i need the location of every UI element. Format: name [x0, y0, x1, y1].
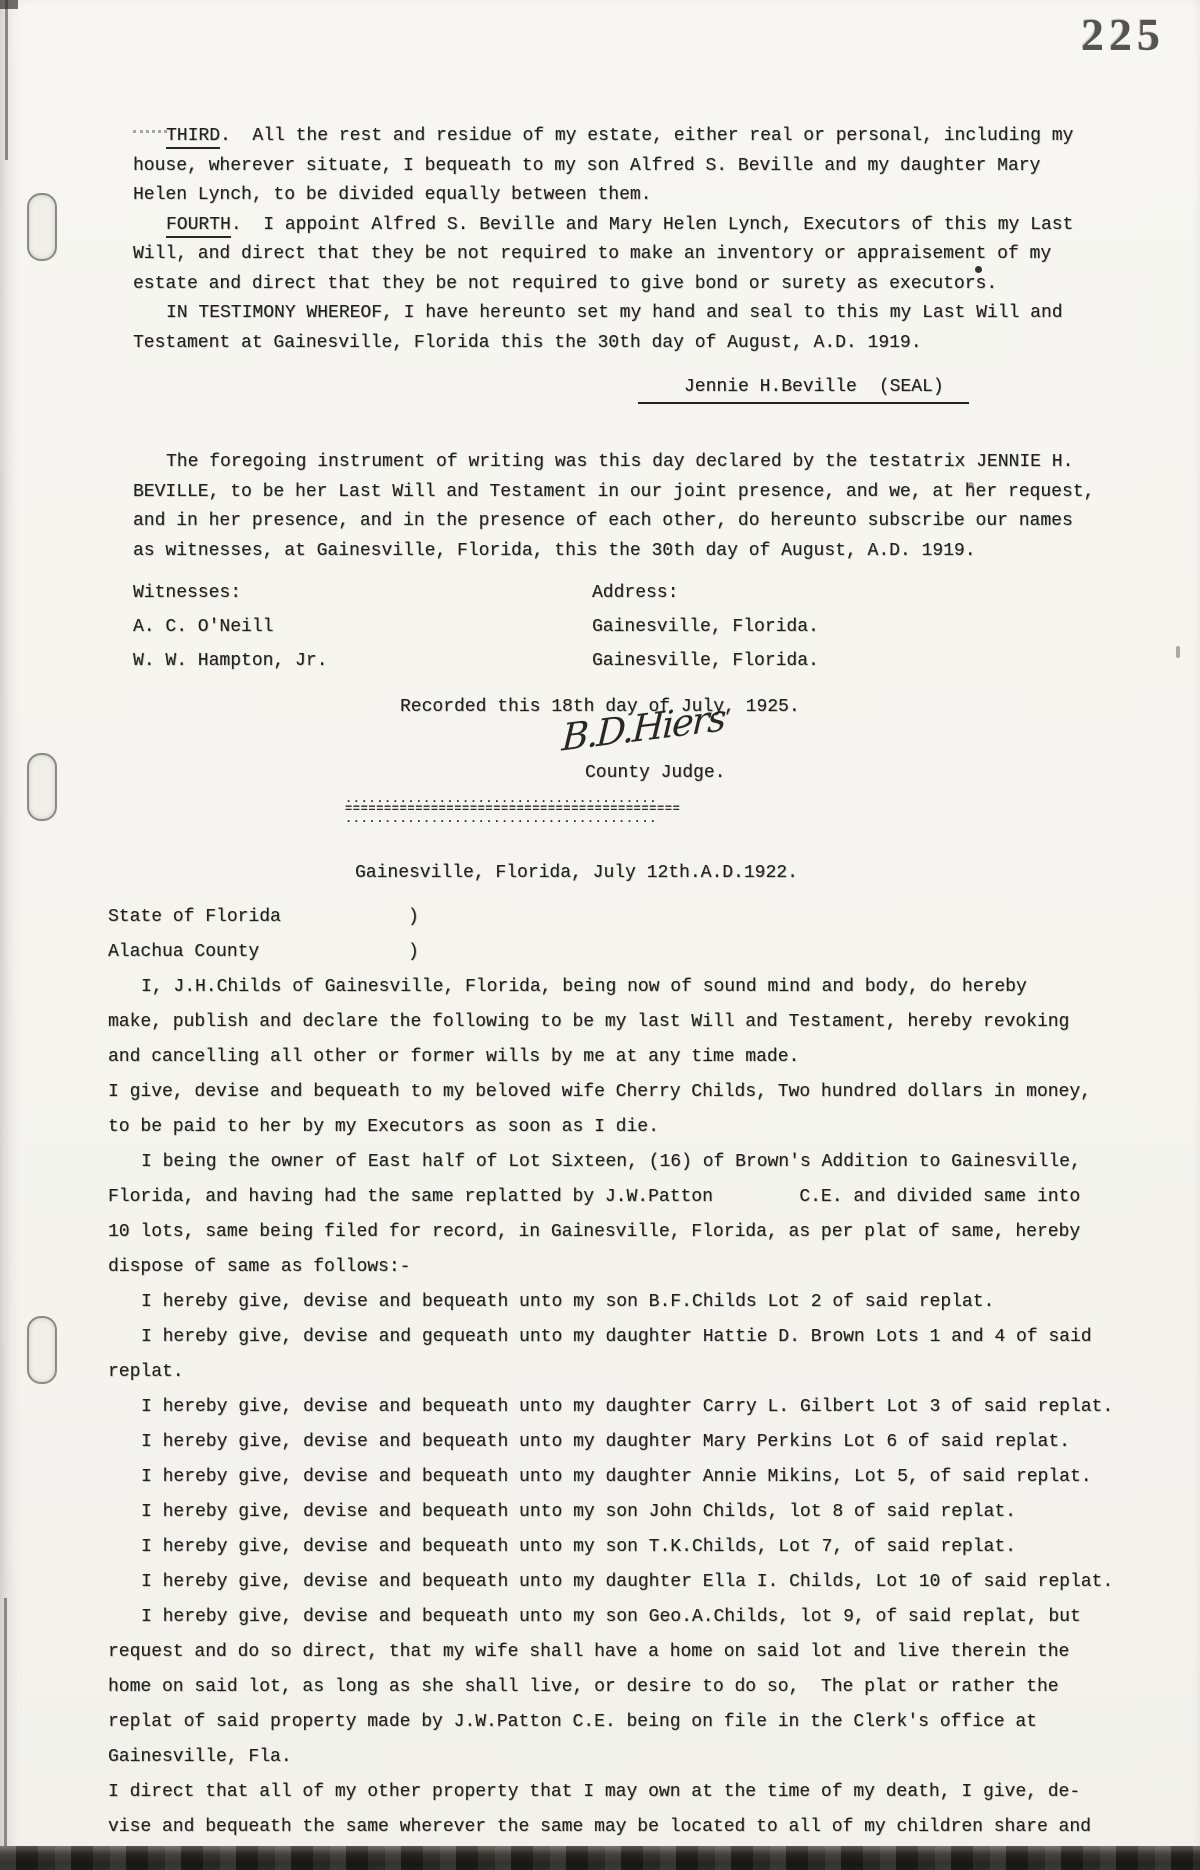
hole-punch-top — [27, 193, 57, 261]
separator-dots: ........................................ — [345, 814, 1178, 824]
hole-punch-bottom — [27, 1316, 57, 1384]
bequest-line: I hereby give, devise and bequeath unto … — [108, 1495, 1178, 1530]
jurisdiction-paren: ) — [408, 907, 419, 927]
attestation-paragraph: The foregoing instrument of writing was … — [133, 448, 1178, 566]
paragraph-line: I give, devise and bequeath to my belove… — [108, 1075, 1178, 1110]
jurisdiction-state-row: State of Florida) — [108, 900, 1178, 935]
clause-third-line: THIRD. All the rest and residue of my es… — [133, 122, 1178, 152]
jurisdiction-block: State of Florida) Alachua County) — [108, 900, 1178, 970]
witness-address: Gainesville, Florida. — [592, 651, 819, 671]
testatrix-signature-name: Jennie H.Beville — [684, 377, 857, 397]
clause-fourth-line: Will, and direct that they be not requir… — [133, 240, 1178, 270]
attestation-line: as witnesses, at Gainesville, Florida, t… — [133, 537, 1178, 567]
address-heading: Address: — [592, 583, 678, 603]
clause-fourth-line: FOURTH. I appoint Alfred S. Beville and … — [133, 211, 1178, 241]
bequest-line: I hereby give, devise and bequeath unto … — [108, 1530, 1178, 1565]
clause-third-line: house, wherever situate, I bequeath to m… — [133, 152, 1178, 182]
childs-will-section: Gainesville, Florida, July 12th.A.D.1922… — [108, 860, 1178, 1845]
attestation-line: BEVILLE, to be her Last Will and Testame… — [133, 478, 1178, 508]
bequest-line: I hereby give, devise and bequeath unto … — [108, 1425, 1178, 1460]
paragraph-line: Florida, and having had the same replatt… — [108, 1180, 1178, 1215]
jurisdiction-paren: ) — [408, 942, 419, 962]
paragraph-line: make, publish and declare the following … — [108, 1005, 1178, 1040]
bequest-line: Gainesville, Fla. — [108, 1740, 1178, 1775]
paragraph-line: 10 lots, same being filed for record, in… — [108, 1215, 1178, 1250]
bequest-line: replat. — [108, 1355, 1178, 1390]
scan-edge-line-top — [5, 0, 8, 160]
bequest-line: I hereby give, devise and bequeath unto … — [108, 1565, 1178, 1600]
document-content: THIRD. All the rest and residue of my es… — [133, 122, 1178, 1845]
clause-third-line: Helen Lynch, to be divided equally betwe… — [133, 181, 1178, 211]
paragraph-line: I being the owner of East half of Lot Si… — [108, 1145, 1178, 1180]
scan-corner-mark — [0, 0, 18, 9]
witness-address: Gainesville, Florida. — [592, 617, 819, 637]
paragraph-line: I, J.H.Childs of Gainesville, Florida, b… — [108, 970, 1178, 1005]
jurisdiction-county-row: Alachua County) — [108, 935, 1178, 970]
clause-third-label: THIRD — [166, 126, 220, 149]
witness-name: A. C. O'Neill — [133, 610, 592, 644]
jurisdiction-county: Alachua County — [108, 935, 408, 970]
scan-edge-line-bottom — [4, 1598, 7, 1848]
paragraph-line: to be paid to her by my Executors as soo… — [108, 1110, 1178, 1145]
witness-row: A. C. O'NeillGainesville, Florida. — [133, 610, 1178, 644]
beville-will-clauses: THIRD. All the rest and residue of my es… — [133, 122, 1178, 358]
seal-label: (SEAL) — [879, 377, 944, 397]
attestation-line: The foregoing instrument of writing was … — [133, 448, 1178, 478]
bequest-line: I hereby give, devise and bequeath unto … — [108, 1285, 1178, 1320]
bequest-line: I hereby give, devise and bequeath unto … — [108, 1390, 1178, 1425]
testatrix-signature-line: Jennie H.Beville(SEAL) — [638, 372, 969, 404]
clause-text: . I appoint Alfred S. Beville and Mary H… — [231, 215, 1074, 235]
bequest-line: I hereby give, devise and bequeath unto … — [108, 1600, 1178, 1635]
paragraph-line: and cancelling all other or former wills… — [108, 1040, 1178, 1075]
hole-punch-middle — [27, 753, 57, 821]
closing-line: I direct that all of my other property t… — [108, 1775, 1178, 1810]
bequest-line: I hereby give, devise and bequeath unto … — [108, 1460, 1178, 1495]
bequest-line: request and do so direct, that my wife s… — [108, 1635, 1178, 1670]
childs-will-body: I, J.H.Childs of Gainesville, Florida, b… — [108, 970, 1178, 1845]
clause-fourth-label: FOURTH — [166, 215, 231, 238]
witness-name: W. W. Hampton, Jr. — [133, 644, 592, 678]
scanned-will-document-page: 225 THIRD. All the rest and residue of m… — [0, 0, 1200, 1870]
bequest-line: I hereby give, devise and gequeath unto … — [108, 1320, 1178, 1355]
testimony-line: Testament at Gainesville, Florida this t… — [133, 329, 1178, 359]
bequest-line: home on said lot, as long as she shall l… — [108, 1670, 1178, 1705]
scan-bottom-band — [0, 1846, 1200, 1870]
clause-text: . All the rest and residue of my estate,… — [220, 126, 1073, 146]
bequest-line: replat of said property made by J.W.Patt… — [108, 1705, 1178, 1740]
attestation-line: and in her presence, and in the presence… — [133, 507, 1178, 537]
witnesses-heading: Witnesses: — [133, 576, 592, 610]
witnesses-header-row: Witnesses:Address: — [133, 576, 1178, 610]
testimony-line: IN TESTIMONY WHEREOF, I have hereunto se… — [133, 299, 1178, 329]
page-number: 225 — [1081, 8, 1165, 61]
clause-fourth-line: estate and direct that they be not requi… — [133, 270, 1178, 300]
section-separator: ........................................… — [345, 794, 1178, 824]
paragraph-line: dispose of same as follows:- — [108, 1250, 1178, 1285]
closing-line: vise and bequeath the same wherever the … — [108, 1810, 1178, 1845]
jurisdiction-state: State of Florida — [108, 900, 408, 935]
dateline: Gainesville, Florida, July 12th.A.D.1922… — [355, 860, 1178, 886]
county-judge-title: County Judge. — [585, 760, 1178, 786]
